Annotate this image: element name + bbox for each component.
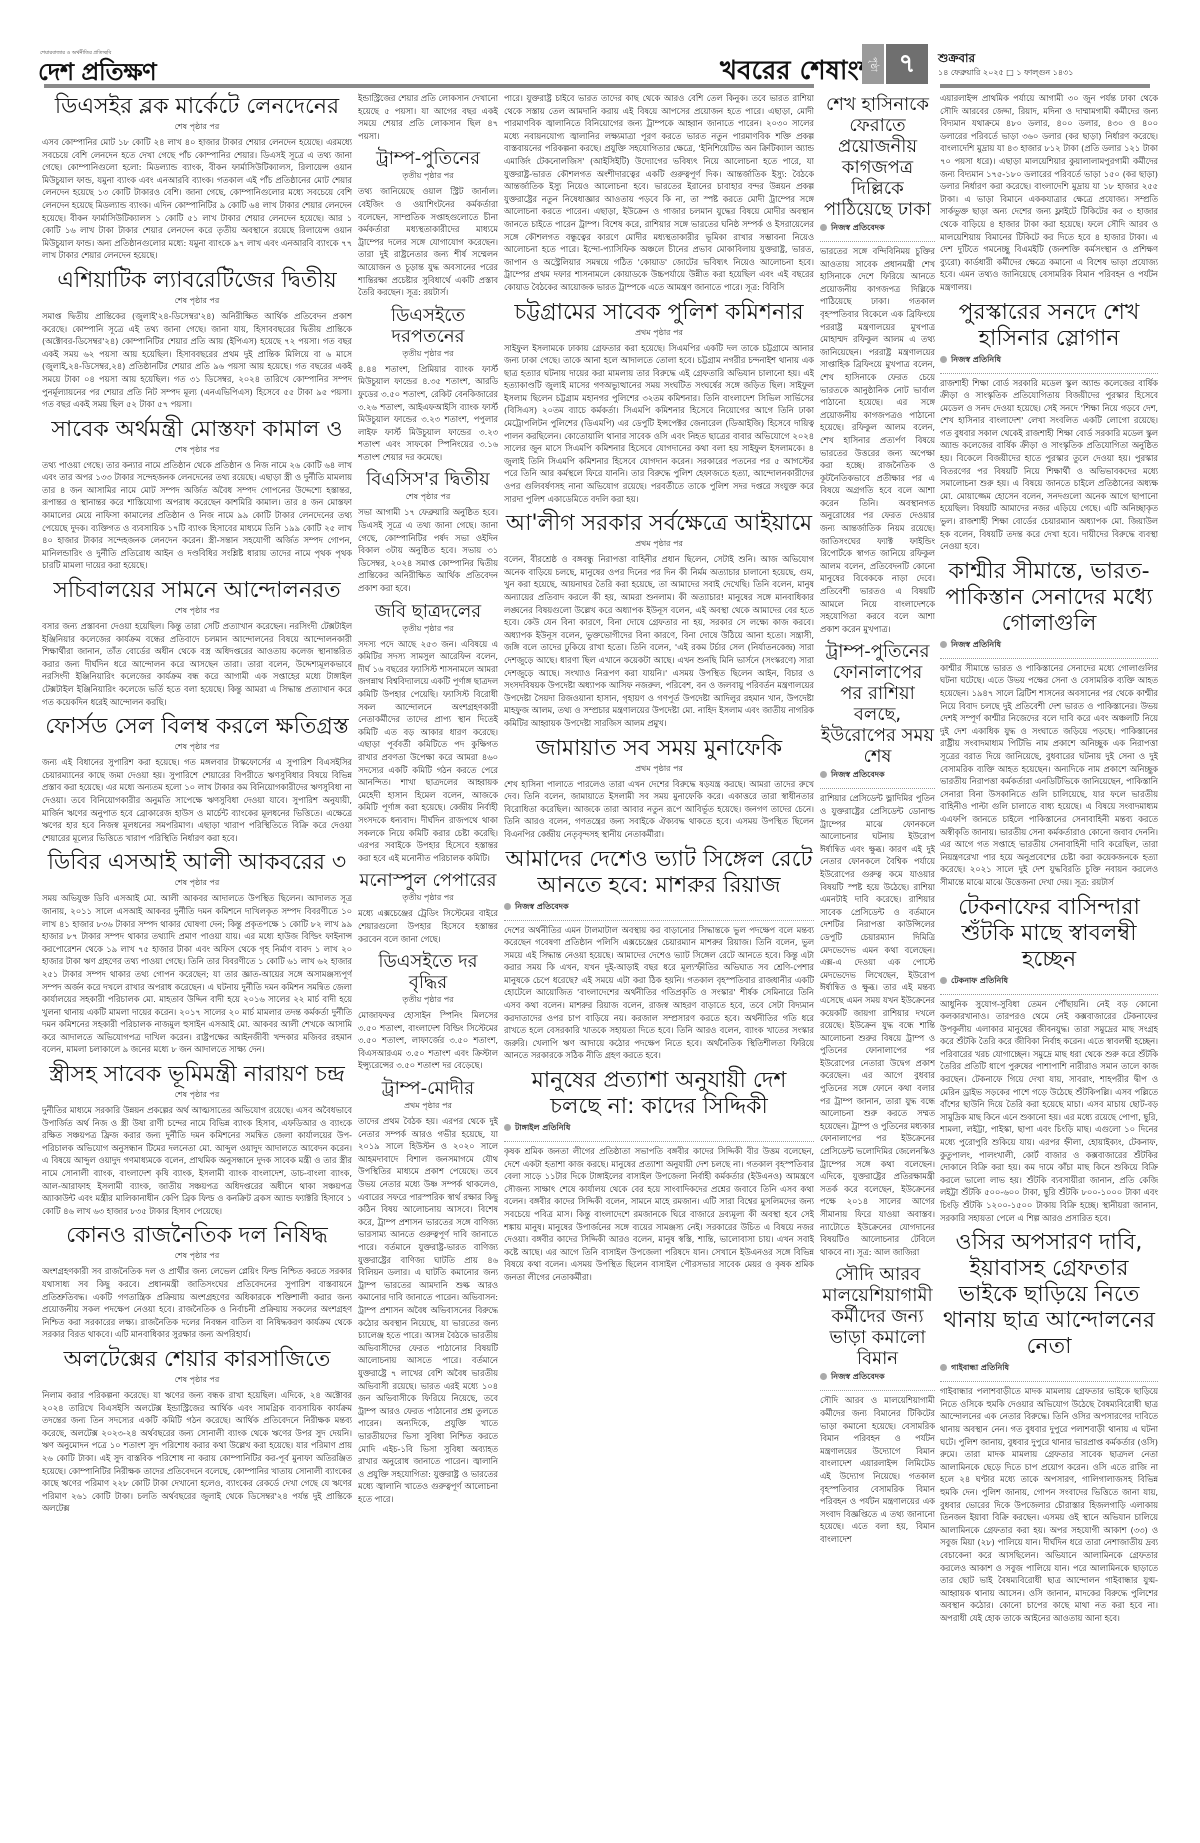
continued-from-label: শেষ পৃষ্ঠার পর: [42, 741, 352, 754]
bullet-icon: [940, 977, 947, 984]
article: আ'লীগ সরকার সর্বক্ষেত্রে আইয়ামেপ্রথম পৃ…: [504, 511, 814, 729]
article-headline[interactable]: চট্টগ্রামের সাবেক পুলিশ কমিশনার: [504, 300, 814, 326]
article: সৌদি আরব মালয়েশিয়াগামী কর্মীদের জন্য ভ…: [820, 1264, 935, 1545]
top-rule-left: [44, 84, 814, 88]
article-body: ইন্ডাস্ট্রিজের শেয়ার প্রতি লোকসান দেখান…: [358, 92, 498, 142]
page-number: ৭: [886, 44, 928, 84]
top-rule-right: [940, 84, 1150, 88]
continued-from-label: তৃতীয় পৃষ্ঠার পর: [358, 892, 498, 905]
bullet-icon: [940, 641, 947, 648]
article: ডিএসইতে দর বৃদ্ধিরতৃতীয় পৃষ্ঠার পরমোজাফ…: [358, 951, 498, 1072]
article-headline[interactable]: টেকনাফের বাসিন্দারা শুঁটকি মাছে স্বাবলম্…: [940, 895, 1158, 973]
article: ট্রাম্প-পুতিনের ফোনালাপের পর রাশিয়া বলছ…: [820, 641, 935, 1258]
article-body: ভারতের সঙ্গে বন্দিবিনিময় চুক্তির আওতায়…: [820, 245, 935, 635]
byline: টেকনাফ প্রতিনিধি: [940, 975, 1158, 995]
article: সচিবালয়ের সামনে আন্দোলনরতশেষ পৃষ্ঠার পর…: [42, 578, 352, 708]
article-headline[interactable]: কাশ্মীর সীমান্তে, ভারত-পাকিস্তান সেনাদের…: [940, 559, 1158, 637]
byline: গাইবান্ধা প্রতিনিধি: [940, 1362, 1158, 1382]
continued-from-label: শেষ পৃষ্ঠার পর: [42, 295, 352, 308]
continued-from-label: শেষ পৃষ্ঠার পর: [358, 491, 498, 504]
byline: নিজস্ব প্রতিনিধি: [940, 639, 1158, 659]
continued-from-label: তৃতীয় পৃষ্ঠার পর: [358, 994, 498, 1007]
article: চট্টগ্রামের সাবেক পুলিশ কমিশনারপ্রথম পৃষ…: [504, 300, 814, 506]
article: স্ত্রীসহ সাবেক ভূমিমন্ত্রী নারায়ণ চন্দ্…: [42, 1062, 352, 1217]
article-headline[interactable]: ট্রাম্প-পুতিনের ফোনালাপের পর রাশিয়া বলছ…: [820, 641, 935, 767]
article: ট্রাম্প-পুতিনেরতৃতীয় পৃষ্ঠার পরতথ্য জান…: [358, 148, 498, 298]
article: পুরস্কারের সনদে শেখ হাসিনার স্লোগাননিজস্…: [940, 300, 1158, 553]
article-headline[interactable]: ওসির অপসারণ দাবি, ইয়াবাসহ গ্রেফতার ভাইক…: [940, 1230, 1158, 1360]
article-body: দুর্নীতির মাধ্যমে সরকারি উন্নয়ন প্রকল্প…: [42, 1104, 352, 1217]
article-body: মোজাফফর হোসাইন স্পিনিং মিলসের ৩.৫০ শতাংশ…: [358, 1009, 498, 1072]
continued-from-label: প্রথম পৃষ্ঠার পর: [504, 538, 814, 551]
article-body: কৃষক শ্রমিক জনতা লীগের প্রতিষ্ঠাতা সভাপত…: [504, 1145, 814, 1284]
article: জবি ছাত্রদলেরতৃতীয় পৃষ্ঠার পরসদস্য পদে …: [358, 601, 498, 865]
article-body: ৪.৪৪ শতাংশ, প্রিমিয়ার ব্যাংক ফার্স্ট মি…: [358, 363, 498, 464]
bullet-icon: [504, 903, 511, 910]
byline-text: টাঙ্গাইল প্রতিনিধি: [515, 1123, 570, 1132]
newspaper-logo[interactable]: দেশ প্রতিক্ষণ: [38, 54, 156, 94]
article: ট্রাম্প-মোদীরপ্রথম পৃষ্ঠার পরতাদের প্রথম…: [358, 1078, 498, 1505]
article-body: গাইবান্ধার পলাশবাড়ীতে মাদক মামলায় গ্রে…: [940, 1385, 1158, 1624]
bullet-icon: [820, 1373, 827, 1380]
article: ডিবির এসআই আলী আকবরের ৩শেষ পৃষ্ঠার পরসময…: [42, 850, 352, 1056]
byline-text: টেকনাফ প্রতিনিধি: [951, 976, 1008, 985]
continued-from-label: প্রথম পৃষ্ঠার পর: [504, 327, 814, 340]
byline: নিজস্ব প্রতিবেদক: [820, 222, 935, 242]
article-body: তথ্য জানিয়েছে ওয়াল স্ট্রিট জার্নাল। বে…: [358, 185, 498, 298]
dateline: ১৪ ফেব্রুয়ারি ২০২৫ □ ১ ফাল্গুন ১৪৩১: [938, 67, 1073, 80]
byline: নিজস্ব প্রতিবেদক: [504, 901, 814, 921]
article: জামায়াত সব সময় মুনাফেকিপ্রথম পৃষ্ঠার প…: [504, 736, 814, 841]
article-body: কাশ্মীর সীমান্তে ভারত ও পাকিস্তানের সেনা…: [940, 662, 1158, 889]
continued-from-label: শেষ পৃষ্ঠার পর: [42, 444, 352, 457]
article: ইন্ডাস্ট্রিজের শেয়ার প্রতি লোকসান দেখান…: [358, 92, 498, 142]
article: এশিয়াটিক ল্যাবরেটিজের দ্বিতীয়শেষ পৃষ্ঠ…: [42, 268, 352, 411]
article-body: এয়ারলাইন্স প্রাথমিক পর্যায়ে আগামী ৩০ জ…: [940, 92, 1158, 294]
article: সাবেক অর্থমন্ত্রী মোস্তফা কামাল ওশেষ পৃষ…: [42, 417, 352, 572]
bullet-icon: [940, 356, 947, 363]
article-body: রাশিয়ার প্রেসিডেন্ট ভ্লাদিমির পুতিন ও য…: [820, 792, 935, 1258]
article: ডিএসইতে দরপতনেরতৃতীয় পৃষ্ঠার পর৪.৪৪ শতা…: [358, 305, 498, 464]
article-headline[interactable]: ট্রাম্প-পুতিনের: [358, 148, 498, 169]
article-body: নিলাম করার পরিকল্পনা করেছে। যা ঋণের জন্য…: [42, 1389, 352, 1515]
byline-text: নিজস্ব প্রতিবেদক: [831, 223, 885, 232]
article-headline[interactable]: স্ত্রীসহ সাবেক ভূমিমন্ত্রী নারায়ণ চন্দ্…: [42, 1062, 352, 1088]
article-body: সদস্য পদে আছে ২৫৩ জন। এবিষয়ে এ কমিটির স…: [358, 638, 498, 865]
article-body: পারে। যুক্তরাষ্ট্র চাইবে ভারত তাদের কাছ …: [504, 92, 814, 294]
column-3: পারে। যুক্তরাষ্ট্র চাইবে ভারত তাদের কাছ …: [504, 92, 814, 1832]
article-headline[interactable]: সৌদি আরব মালয়েশিয়াগামী কর্মীদের জন্য ভ…: [820, 1264, 935, 1369]
article-body: সাইফুল ইসলামকে ঢাকায় গ্রেফতার করা হয়েছ…: [504, 342, 814, 506]
continued-from-label: শেষ পৃষ্ঠার পর: [42, 877, 352, 890]
article-headline[interactable]: ডিবির এসআই আলী আকবরের ৩: [42, 850, 352, 876]
article-body: সভা আগামী ১৭ ফেব্রুয়ারি অনুষ্ঠিত হবে। ড…: [358, 506, 498, 594]
byline: নিজস্ব প্রতিবেদক: [820, 769, 935, 789]
masthead: শেয়ারবাজার ও অর্থনীতির প্রতিচ্ছবি দেশ প…: [0, 0, 1200, 80]
article: কাশ্মীর সীমান্তে, ভারত-পাকিস্তান সেনাদের…: [940, 559, 1158, 889]
byline-text: নিজস্ব প্রতিনিধি: [951, 355, 1001, 364]
column-2: ইন্ডাস্ট্রিজের শেয়ার প্রতি লোকসান দেখান…: [358, 92, 498, 1832]
byline-text: নিজস্ব প্রতিবেদক: [831, 1372, 885, 1381]
article-body: সৌদি আরব ও মালয়েশিয়াগামী কর্মীদের জন্য…: [820, 1394, 935, 1545]
article-headline[interactable]: জামায়াত সব সময় মুনাফেকি: [504, 736, 814, 762]
byline-text: নিজস্ব প্রতিবেদক: [515, 902, 569, 911]
continued-from-label: শেষ পৃষ্ঠার পর: [42, 1374, 352, 1387]
article-headline[interactable]: মানুষের প্রত্যাশা অনুযায়ী দেশ চলছে না: …: [504, 1068, 814, 1120]
article-headline[interactable]: আ'লীগ সরকার সর্বক্ষেত্রে আইয়ামে: [504, 511, 814, 537]
article-body: রাজশাহী শিক্ষা বোর্ড সরকারি মডেল স্কুল অ…: [940, 377, 1158, 553]
byline-text: নিজস্ব প্রতিনিধি: [951, 640, 1001, 649]
article-body: এসব কোম্পানির মোট ১৮ কোটি ২৪ লাখ ৪০ হাজা…: [42, 136, 352, 262]
continued-from-label: প্রথম পৃষ্ঠার পর: [504, 763, 814, 776]
article: ডিএসইর ব্লক মার্কেটে লেনদেনেরশেষ পৃষ্ঠার…: [42, 94, 352, 262]
continued-from-label: প্রথম পৃষ্ঠার পর: [358, 1100, 498, 1113]
article-body: সময় অভিযুক্ত ডিবি এসআই মো. আলী আকবর আদা…: [42, 892, 352, 1056]
article-headline[interactable]: ফোর্সড সেল বিলম্ব করলে ক্ষতিগ্রস্ত: [42, 714, 352, 740]
article: ওসির অপসারণ দাবি, ইয়াবাসহ গ্রেফতার ভাইক…: [940, 1230, 1158, 1624]
article: পারে। যুক্তরাষ্ট্র চাইবে ভারত তাদের কাছ …: [504, 92, 814, 294]
continued-from-label: তৃতীয় পৃষ্ঠার পর: [358, 623, 498, 636]
article: অলটেক্সের শেয়ার কারসাজিতেশেষ পৃষ্ঠার পর…: [42, 1347, 352, 1515]
article-headline[interactable]: ডিএসইর ব্লক মার্কেটে লেনদেনের: [42, 94, 352, 120]
article-headline[interactable]: মনোস্পুল পেপারের: [358, 870, 498, 891]
article-headline[interactable]: জবি ছাত্রদলের: [358, 601, 498, 622]
bullet-icon: [504, 1124, 511, 1131]
column-5: এয়ারলাইন্স প্রাথমিক পর্যায়ে আগামী ৩০ জ…: [940, 92, 1158, 1832]
byline-text: নিজস্ব প্রতিবেদক: [831, 770, 885, 779]
article-body: জন্য এই বিধানের সুপারিশ করা হয়েছে। গত ম…: [42, 756, 352, 844]
continued-from-label: শেষ পৃষ্ঠার পর: [42, 121, 352, 134]
bullet-icon: [940, 1364, 947, 1371]
article: বিএসিস'র দ্বিতীয়শেষ পৃষ্ঠার পরসভা আগামী…: [358, 469, 498, 594]
article-headline[interactable]: শেখ হাসিনাকে ফেরাতে প্রয়োজনীয় কাগজপত্র…: [820, 94, 935, 220]
byline: নিজস্ব প্রতিবেদক: [820, 1371, 935, 1391]
article-headline[interactable]: অলটেক্সের শেয়ার কারসাজিতে: [42, 1347, 352, 1373]
article-headline[interactable]: এশিয়াটিক ল্যাবরেটিজের দ্বিতীয়: [42, 268, 352, 294]
article-body: শেখ হাসিনা পালাতে পারলেও তারা এখন দেশের …: [504, 778, 814, 841]
article: টেকনাফের বাসিন্দারা শুঁটকি মাছে স্বাবলম্…: [940, 895, 1158, 1225]
article-headline[interactable]: ট্রাম্প-মোদীর: [358, 1078, 498, 1099]
article-body: তাদের প্রথম বৈঠক হয়। এরপর থেকে দুই নেতা…: [358, 1115, 498, 1505]
article-body: বসার জন্য প্রস্তাবনা দেওয়া হয়েছিল। কিন…: [42, 620, 352, 708]
article-headline[interactable]: ডিএসইতে দর বৃদ্ধির: [358, 951, 498, 993]
article-headline[interactable]: সচিবালয়ের সামনে আন্দোলনরত: [42, 578, 352, 604]
article: আমাদের দেশেও ভ্যাট সিঙ্গেল রেটে আনতে হবে…: [504, 847, 814, 1063]
article-headline[interactable]: ডিএসইতে দরপতনের: [358, 305, 498, 347]
article-headline[interactable]: কোনও রাজনৈতিক দল নিষিদ্ধ: [42, 1223, 352, 1249]
article-body: দেশের অর্থনীতির এমন টালমাটাল অবস্থায় কর…: [504, 924, 814, 1063]
article-body: সমাপ্ত দ্বিতীয় প্রান্তিকের (জুলাই'২৪-ডি…: [42, 310, 352, 411]
article: ফোর্সড সেল বিলম্ব করলে ক্ষতিগ্রস্তশেষ পৃ…: [42, 714, 352, 844]
article-body: তথ্য পাওয়া গেছে। তার কন্যার নামে প্রতিষ…: [42, 459, 352, 572]
article-body: আধুনিক সুযোগ-সুবিধা তেমন পৌঁছায়নি। নেই …: [940, 998, 1158, 1225]
article-headline[interactable]: পুরস্কারের সনদে শেখ হাসিনার স্লোগান: [940, 300, 1158, 352]
article: এয়ারলাইন্স প্রাথমিক পর্যায়ে আগামী ৩০ জ…: [940, 92, 1158, 294]
byline-text: গাইবান্ধা প্রতিনিধি: [951, 1363, 1009, 1372]
article-headline[interactable]: আমাদের দেশেও ভ্যাট সিঙ্গেল রেটে আনতে হবে…: [504, 847, 814, 899]
column-1: ডিএসইর ব্লক মার্কেটে লেনদেনেরশেষ পৃষ্ঠার…: [42, 92, 352, 1832]
bullet-icon: [820, 771, 827, 778]
article: শেখ হাসিনাকে ফেরাতে প্রয়োজনীয় কাগজপত্র…: [820, 94, 935, 635]
column-4: শেখ হাসিনাকে ফেরাতে প্রয়োজনীয় কাগজপত্র…: [820, 92, 935, 1832]
continued-from-label: শেষ পৃষ্ঠার পর: [42, 1250, 352, 1263]
article-headline[interactable]: সাবেক অর্থমন্ত্রী মোস্তফা কামাল ও: [42, 417, 352, 443]
continued-from-label: তৃতীয় পৃষ্ঠার পর: [358, 170, 498, 183]
article: মানুষের প্রত্যাশা অনুযায়ী দেশ চলছে না: …: [504, 1068, 814, 1284]
byline: নিজস্ব প্রতিনিধি: [940, 354, 1158, 374]
article: কোনও রাজনৈতিক দল নিষিদ্ধশেষ পৃষ্ঠার পরঅং…: [42, 1223, 352, 1341]
article-body: মধ্যে এক্সচেঞ্জের ট্রেডিং সিস্টেমের বাইর…: [358, 907, 498, 945]
byline: টাঙ্গাইল প্রতিনিধি: [504, 1122, 814, 1142]
continued-from-label: শেষ পৃষ্ঠার পর: [42, 1089, 352, 1102]
article-body: বলেন, বীরশ্রেষ্ঠ ও বঙ্গবন্ধু নিরাপত্তা ব…: [504, 553, 814, 729]
continued-from-label: শেষ পৃষ্ঠার পর: [42, 605, 352, 618]
article-headline[interactable]: বিএসিস'র দ্বিতীয়: [358, 469, 498, 490]
continued-from-label: তৃতীয় পৃষ্ঠার পর: [358, 348, 498, 361]
page-label: পৃষ্ঠা: [862, 44, 884, 84]
article: মনোস্পুল পেপারেরতৃতীয় পৃষ্ঠার পরমধ্যে এ…: [358, 870, 498, 945]
bullet-icon: [820, 224, 827, 231]
article-body: অংশগ্রহণকারী সব রাজনৈতিক দল ও প্রার্থীর …: [42, 1265, 352, 1341]
